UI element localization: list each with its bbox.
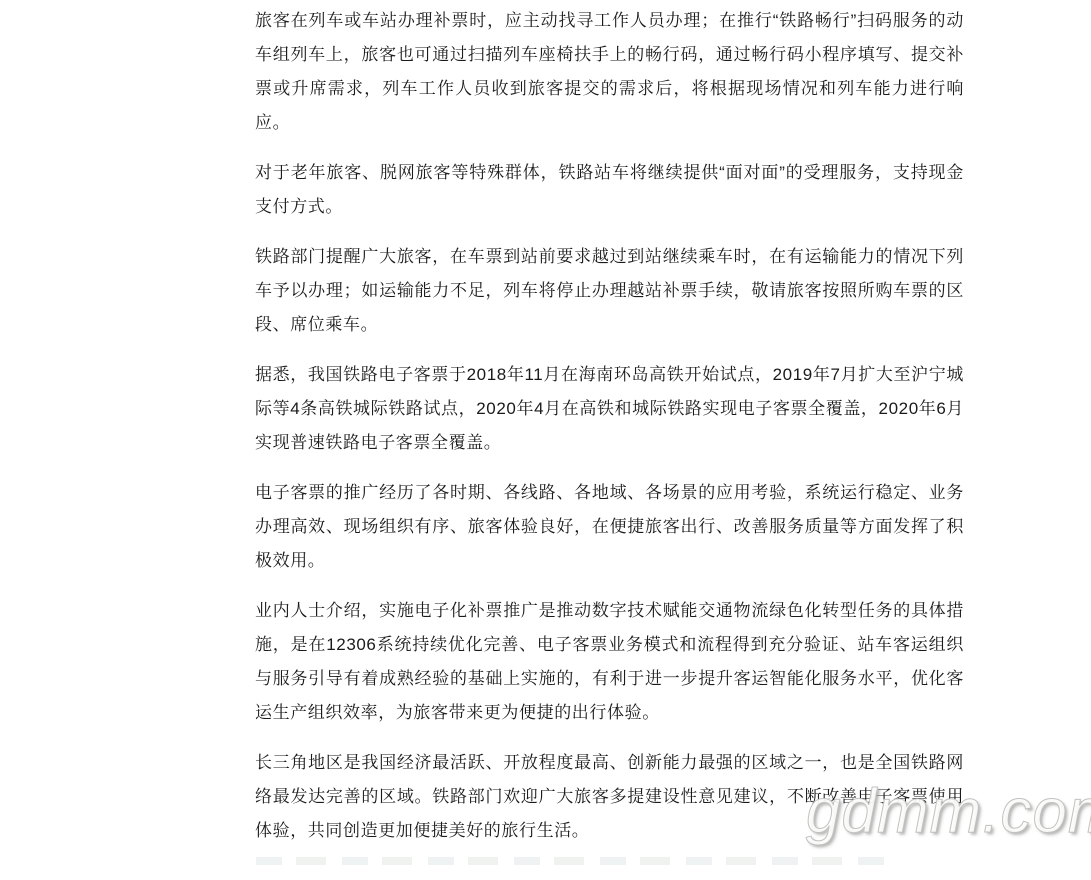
article-paragraph: 铁路部门提醒广大旅客，在车票到站前要求越过到站继续乘车时，在有运输能力的情况下列… (255, 240, 964, 342)
cutoff-text-line (256, 857, 884, 865)
article-paragraph: 电子客票的推广经历了各时期、各线路、各地域、各场景的应用考验，系统运行稳定、业务… (255, 476, 964, 578)
article-paragraph: 业内人士介绍，实施电子化补票推广是推动数字技术赋能交通物流绿色化转型任务的具体措… (255, 594, 964, 730)
article-body: 旅客在列车或车站办理补票时，应主动找寻工作人员办理；在推行“铁路畅行”扫码服务的… (255, 4, 964, 864)
article-paragraph: 据悉，我国铁路电子客票于2018年11月在海南环岛高铁开始试点，2019年7月扩… (255, 358, 964, 460)
article-paragraph: 长三角地区是我国经济最活跃、开放程度最高、创新能力最强的区域之一，也是全国铁路网… (255, 746, 964, 848)
article-paragraph: 对于老年旅客、脱网旅客等特殊群体，铁路站车将继续提供“面对面”的受理服务，支持现… (255, 156, 964, 224)
article-paragraph: 旅客在列车或车站办理补票时，应主动找寻工作人员办理；在推行“铁路畅行”扫码服务的… (255, 4, 964, 140)
